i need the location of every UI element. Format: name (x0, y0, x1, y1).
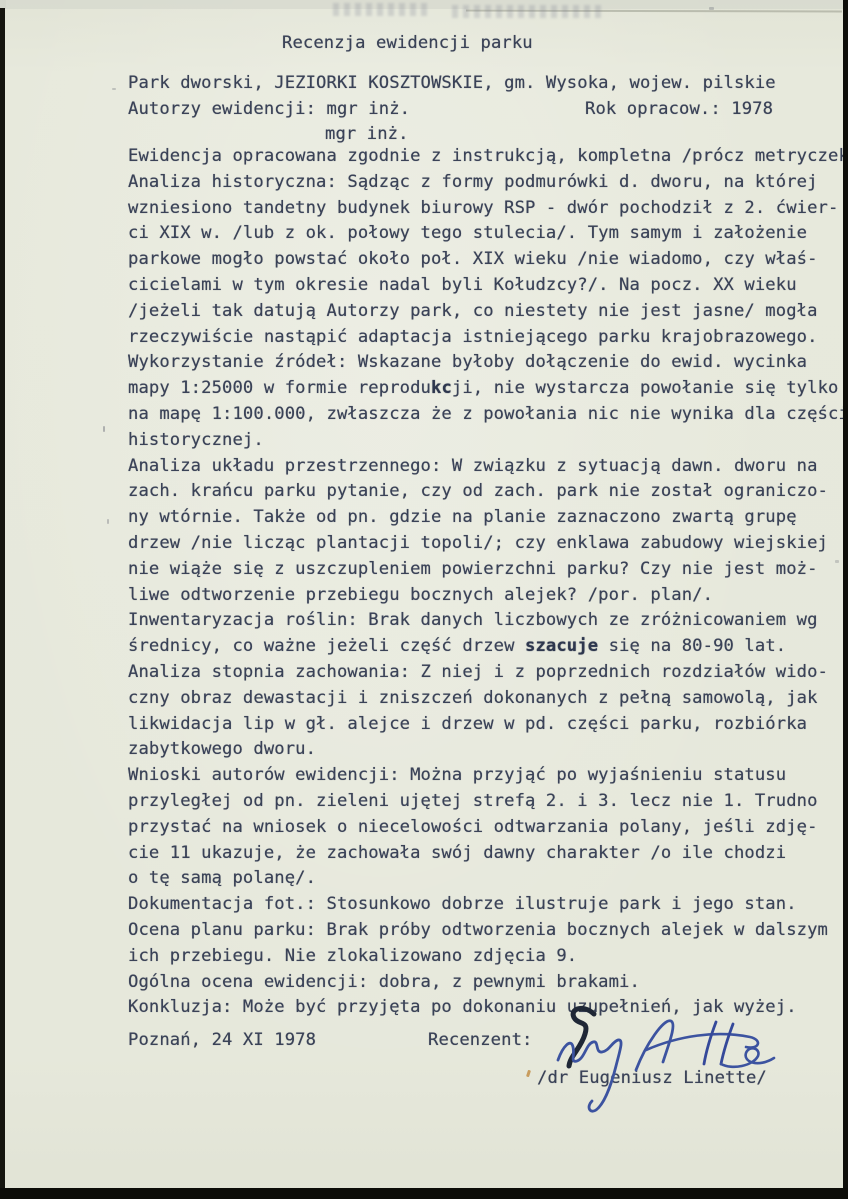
body-line: mapy 1:25000 w formie reprodukcji, nie w… (128, 376, 848, 402)
body-line: zach. krańcu parku pytanie, czy od zach.… (128, 479, 848, 505)
ghost-stamp-right (452, 5, 604, 18)
place-and-date: Poznań, 24 XI 1978 (128, 1028, 316, 1054)
body-line: nie wiąże się z uszczupleniem powierzchn… (128, 557, 848, 583)
body-line: Analiza układu przestrzennego: W związku… (128, 454, 848, 480)
body-line: Analiza stopnia zachowania: Z niej i z p… (128, 660, 848, 686)
body-line: cicielami w tym okresie nadal byli Kołud… (128, 273, 848, 299)
body-line: Analiza historyczna: Sądząc z formy podm… (128, 170, 848, 196)
body-line: Dokumentacja fot.: Stosunkowo dobrze ilu… (128, 892, 848, 918)
body-line: ich przebiegu. Nie zlokalizowano zdjęcia… (128, 944, 848, 970)
scanned-document-page: Recenzja ewidencji parku Park dworski, J… (0, 0, 848, 1199)
scan-speck (107, 519, 109, 524)
park-identification-line: Park dworski, JEZIORKI KOSZTOWSKIE, gm. … (128, 71, 776, 97)
scan-speck (103, 426, 105, 432)
scan-edge-bottom (0, 1188, 848, 1199)
scan-edge-left (0, 8, 5, 1199)
review-body-text: Ewidencja opracowana zgodnie z instrukcj… (128, 144, 848, 1021)
body-line: ny wtórnie. Także od pn. gdzie na planie… (128, 505, 848, 531)
ghost-stamp-left (333, 3, 431, 16)
body-line: /jeżeli tak datują Autorzy park, co nies… (128, 299, 848, 325)
authors-label: Autorzy ewidencji: mgr inż. (128, 97, 410, 123)
reviewer-label: Recenzent: (428, 1028, 532, 1054)
body-line: Ewidencja opracowana zgodnie z instrukcj… (128, 144, 848, 170)
body-line: o tę samą polanę/. (128, 866, 848, 892)
body-line: zabytkowego dworu. (128, 737, 848, 763)
body-line: cie 11 ukazuje, że zachowała swój dawny … (128, 841, 848, 867)
body-line: drzew /nie licząc plantacji topoli/; czy… (128, 531, 848, 557)
body-line: Ocena planu parku: Brak próby odtworzeni… (128, 918, 848, 944)
scan-speck (835, 560, 839, 563)
scan-speck (112, 88, 116, 90)
body-line: historycznej. (128, 428, 848, 454)
year-of-elaboration: Rok opracow.: 1978 (585, 97, 773, 123)
body-line: czny obraz dewastacji i zniszczeń dokona… (128, 686, 848, 712)
body-line: przyległej od pn. zieleni ujętej strefą … (128, 789, 848, 815)
body-line: średnicy, co ważne jeżeli część drzew sz… (128, 634, 848, 660)
scan-edge-right (843, 0, 848, 1199)
body-line: liwe odtworzenie przebiegu bocznych alej… (128, 583, 848, 609)
body-line: ci XIX w. /lub z ok. połowy tego stuleci… (128, 221, 848, 247)
document-title: Recenzja ewidencji parku (282, 31, 533, 57)
body-line: Inwentaryzacja roślin: Brak danych liczb… (128, 608, 848, 634)
body-line: likwidacja lip w gł. alejce i drzew w pd… (128, 712, 848, 738)
body-line: wzniesiono tandetny budynek biurowy RSP … (128, 196, 848, 222)
body-line: parkowe mogło powstać około poł. XIX wie… (128, 247, 848, 273)
body-line: Wykorzystanie źródeł: Wskazane byłoby do… (128, 350, 848, 376)
scan-speck (709, 7, 714, 10)
handwritten-signature (520, 990, 800, 1125)
body-line: rzeczywiście nastąpić adaptacja istnieją… (128, 325, 848, 351)
body-line: na mapę 1:100.000, zwłaszcza że z powoła… (128, 402, 848, 428)
body-line: przystać na wniosek o niecelowości odtwa… (128, 815, 848, 841)
body-line: Wnioski autorów ewidencji: Można przyjąć… (128, 763, 848, 789)
